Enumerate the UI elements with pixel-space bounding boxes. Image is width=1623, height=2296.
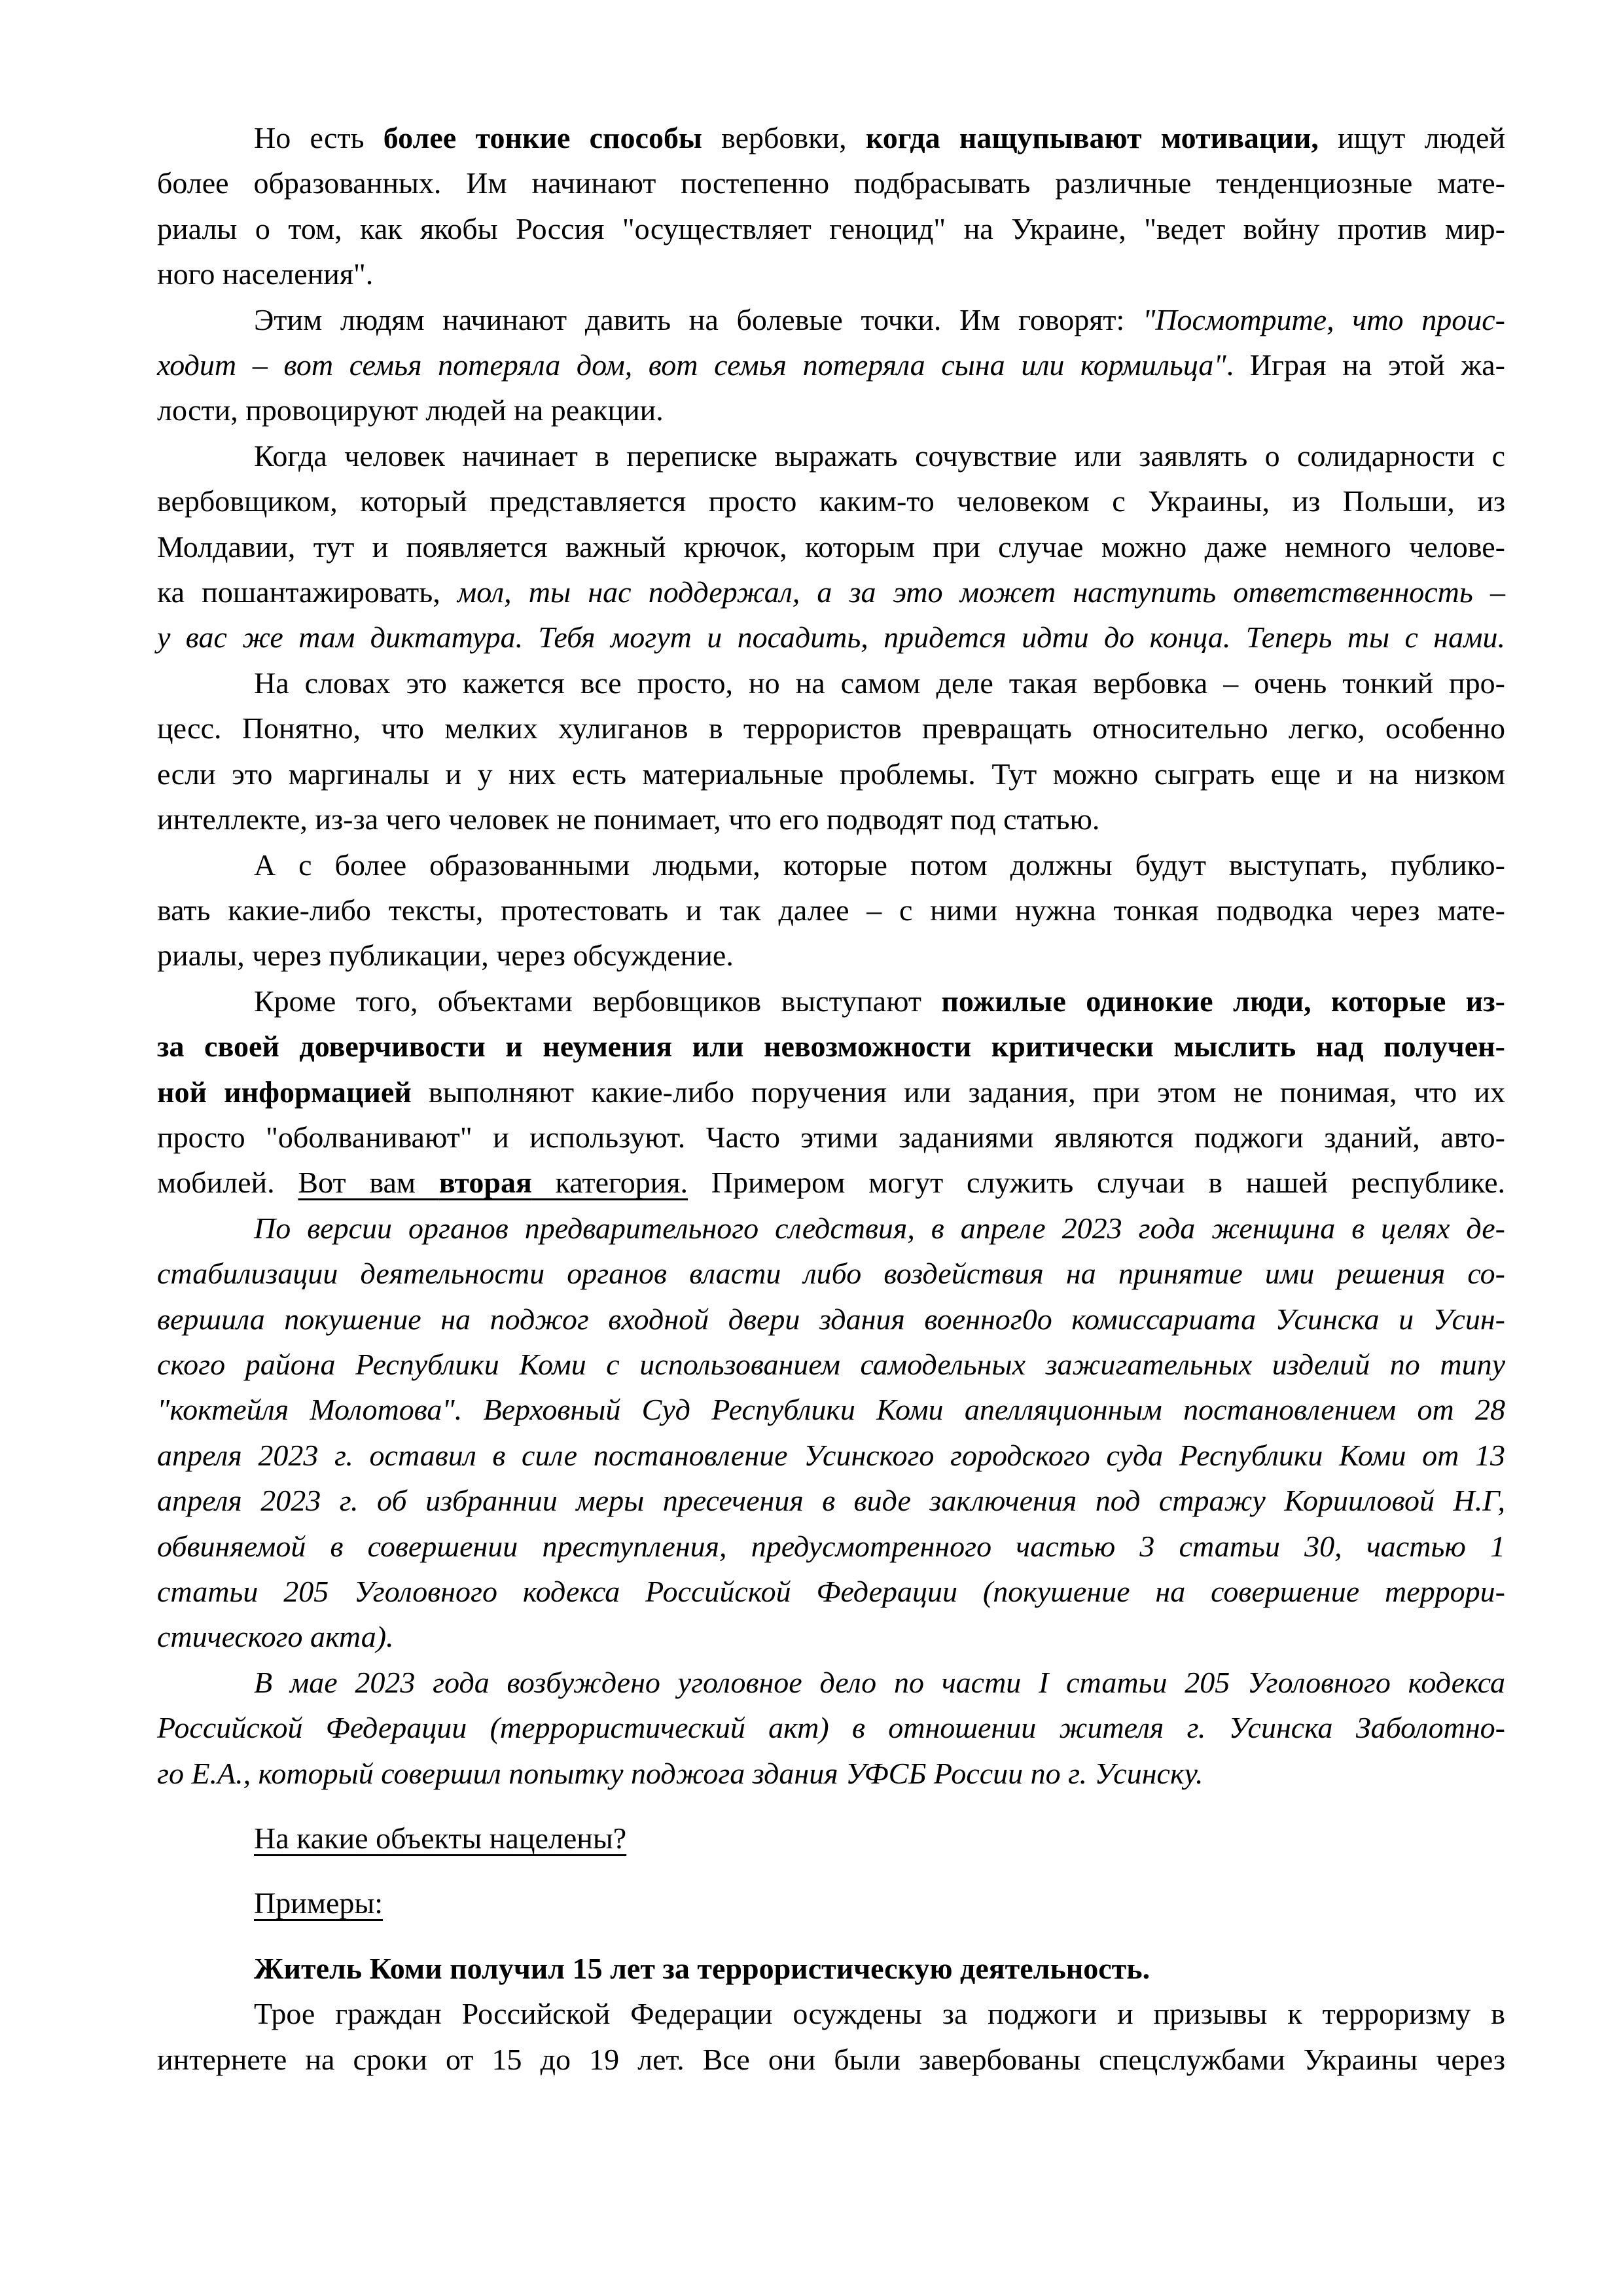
paragraph-pressure-points: Этим людям начинают давить на болевые то…	[157, 297, 1505, 433]
text-line: Российской Федерации (террористический а…	[157, 1705, 1505, 1750]
text-line: апреля 2023 г. оставил в силе постановле…	[157, 1433, 1505, 1478]
paragraph-educated-people: А с более образованными людьми, которые …	[157, 842, 1505, 978]
text-run: пожилые одинокие люди, которые из-	[941, 984, 1505, 1018]
text-line: стабилизации деятельности органов власти…	[157, 1251, 1505, 1296]
text-run: ского района Республики Коми с использов…	[157, 1348, 1505, 1381]
text-run: более тонкие способы	[383, 121, 702, 154]
text-run: ходит – вот семья потеряла дом, вот семь…	[157, 348, 1226, 382]
paragraph-hook: Когда человек начинает в переписке выраж…	[157, 433, 1505, 660]
text-line: вербовщиком, который представляется прос…	[157, 478, 1505, 524]
text-run: за своей доверчивости и неумения или нев…	[157, 1030, 1505, 1063]
text-run: го Е.А., который совершил попытку поджог…	[157, 1757, 1204, 1790]
text-run: Трое граждан Российской Федерации осужде…	[254, 1997, 1505, 2030]
text-line: Трое граждан Российской Федерации осужде…	[157, 1991, 1505, 2036]
text-run: мол, ты нас поддержал, а за это может на…	[457, 575, 1505, 609]
text-run: Но есть	[254, 121, 383, 154]
paragraph-recruitment-methods: Но есть более тонкие способы вербовки, к…	[157, 115, 1505, 297]
text-line: На словах это кажется все просто, но на …	[157, 660, 1505, 706]
text-line: Но есть более тонкие способы вербовки, к…	[157, 115, 1505, 160]
text-line: более образованных. Им начинают постепен…	[157, 160, 1505, 206]
text-line: риалы о том, как якобы Россия "осуществл…	[157, 206, 1505, 251]
text-line: Этим людям начинают давить на болевые то…	[157, 297, 1505, 342]
text-line: вершила покушение на поджог входной двер…	[157, 1297, 1505, 1342]
paragraph-recruitment-process: На словах это кажется все просто, но на …	[157, 660, 1505, 842]
text-run: Российской Федерации (террористический а…	[157, 1711, 1505, 1744]
text-run: Примером могут служить случаи в нашей ре…	[688, 1166, 1505, 1199]
text-run: просто "оболванивают" и используют. Част…	[157, 1121, 1505, 1154]
text-line: цесс. Понятно, что мелких хулиганов в те…	[157, 706, 1505, 751]
text-line: ного населения".	[157, 251, 1505, 296]
text-run: вать какие-либо тексты, протестовать и т…	[157, 893, 1505, 927]
text-line: Житель Коми получил 15 лет за террористи…	[157, 1946, 1505, 1991]
text-run: Когда человек начинает в переписке выраж…	[254, 439, 1505, 473]
text-run: ного населения".	[157, 257, 373, 291]
text-run: ка пошантажировать,	[157, 575, 457, 609]
text-run: если это маргиналы и у них есть материал…	[157, 757, 1505, 791]
text-run: вербовки,	[702, 121, 866, 154]
text-run: стабилизации деятельности органов власти…	[157, 1257, 1505, 1290]
text-line: за своей доверчивости и неумения или нев…	[157, 1024, 1505, 1069]
text-run: "коктейля Молотова". Верховный Суд Респу…	[157, 1393, 1505, 1426]
text-line: По версии органов предварительного следс…	[157, 1206, 1505, 1251]
paragraph-may-2023-case: В мае 2023 года возбуждено уголовное дел…	[157, 1660, 1505, 1796]
text-run: интеллекте, из-за чего человек не понима…	[157, 802, 1099, 836]
underlined-text-run: Примеры:	[254, 1886, 383, 1920]
text-line: го Е.А., который совершил попытку поджог…	[157, 1751, 1505, 1796]
text-run: Житель Коми получил 15 лет за террористи…	[254, 1952, 1150, 1985]
text-line: ходит – вот семья потеряла дом, вот семь…	[157, 342, 1505, 387]
underlined-text-run: вторая	[439, 1166, 532, 1199]
text-line: обвиняемой в совершении преступления, пр…	[157, 1524, 1505, 1569]
text-run: цесс. Понятно, что мелких хулиганов в те…	[157, 711, 1505, 745]
underlined-text-run: Вот вам	[298, 1166, 438, 1199]
text-line: В мае 2023 года возбуждено уголовное дел…	[157, 1660, 1505, 1705]
text-line: интернете на сроки от 15 до 19 лет. Все …	[157, 2037, 1505, 2082]
text-line: статьи 205 Уголовного кодекса Российской…	[157, 1569, 1505, 1614]
text-line: Молдавии, тут и появляется важный крючок…	[157, 524, 1505, 569]
text-run: По версии органов предварительного следс…	[254, 1211, 1505, 1245]
text-line: стического акта).	[157, 1614, 1505, 1659]
paragraph-usinsk-arson-case: По версии органов предварительного следс…	[157, 1206, 1505, 1660]
document-page: Но есть более тонкие способы вербовки, к…	[0, 0, 1623, 2296]
text-line: Когда человек начинает в переписке выраж…	[157, 433, 1505, 478]
heading-examples: Примеры:	[157, 1880, 1505, 1926]
text-line: если это маргиналы и у них есть материал…	[157, 751, 1505, 797]
text-run: лости, провоцируют людей на реакции.	[157, 393, 664, 427]
underlined-text-run: категория.	[532, 1166, 688, 1199]
document-content: Но есть более тонкие способы вербовки, к…	[157, 115, 1505, 2082]
text-line: просто "оболванивают" и используют. Част…	[157, 1115, 1505, 1160]
text-run: А с более образованными людьми, которые …	[254, 848, 1505, 882]
text-line: интеллекте, из-за чего человек не понима…	[157, 797, 1505, 842]
text-line: ной информацией выполняют какие-либо пор…	[157, 1069, 1505, 1115]
text-run: интернете на сроки от 15 до 19 лет. Все …	[157, 2043, 1505, 2076]
text-run: ной информацией	[157, 1075, 412, 1109]
text-line: мобилей. Вот вам вторая категория. Приме…	[157, 1160, 1505, 1205]
text-run: . Играя на этой жа-	[1226, 348, 1505, 382]
text-line: апреля 2023 г. об избраннии меры пресече…	[157, 1478, 1505, 1523]
text-run: На словах это кажется все просто, но на …	[254, 666, 1505, 700]
text-run: апреля 2023 г. об избраннии меры пресече…	[157, 1484, 1505, 1517]
text-run: вершила покушение на поджог входной двер…	[157, 1302, 1505, 1336]
text-run: "Посмотрите, что проис-	[1143, 303, 1505, 336]
text-line: лости, провоцируют людей на реакции.	[157, 387, 1505, 433]
text-line: Примеры:	[157, 1880, 1505, 1926]
text-line: А с более образованными людьми, которые …	[157, 842, 1505, 888]
heading-komi-resident-sentence: Житель Коми получил 15 лет за террористи…	[157, 1946, 1505, 1991]
paragraph-three-citizens: Трое граждан Российской Федерации осужде…	[157, 1991, 1505, 2082]
text-run: риалы о том, как якобы Россия "осуществл…	[157, 212, 1505, 245]
text-line: риалы, через публикации, через обсуждени…	[157, 933, 1505, 978]
paragraph-elderly-category: Кроме того, объектами вербовщиков выступ…	[157, 978, 1505, 1206]
text-run: обвиняемой в совершении преступления, пр…	[157, 1530, 1505, 1563]
text-run: когда нащупывают мотивации,	[866, 121, 1319, 154]
text-run: Молдавии, тут и появляется важный крючок…	[157, 530, 1505, 564]
text-line: "коктейля Молотова". Верховный Суд Респу…	[157, 1387, 1505, 1432]
text-run: мобилей.	[157, 1166, 298, 1199]
text-line: у вас же там диктатура. Тебя могут и пос…	[157, 615, 1505, 660]
text-run: В мае 2023 года возбуждено уголовное дел…	[254, 1666, 1505, 1699]
text-run: у вас же там диктатура. Тебя могут и пос…	[157, 620, 1505, 654]
text-run: более образованных. Им начинают постепен…	[157, 166, 1505, 200]
text-line: ского района Республики Коми с использов…	[157, 1342, 1505, 1387]
text-run: апреля 2023 г. оставил в силе постановле…	[157, 1439, 1505, 1472]
text-line: На какие объекты нацелены?	[157, 1816, 1505, 1861]
underlined-text-run: На какие объекты нацелены?	[254, 1821, 626, 1855]
text-run: выполняют какие-либо поручения или задан…	[412, 1075, 1505, 1109]
text-run: риалы, через публикации, через обсуждени…	[157, 939, 734, 972]
text-run: статьи 205 Уголовного кодекса Российской…	[157, 1575, 1505, 1608]
text-line: ка пошантажировать, мол, ты нас поддержа…	[157, 569, 1505, 615]
text-line: вать какие-либо тексты, протестовать и т…	[157, 888, 1505, 933]
text-run: стического акта).	[157, 1620, 394, 1653]
heading-targets: На какие объекты нацелены?	[157, 1816, 1505, 1861]
text-run: Этим людям начинают давить на болевые то…	[254, 303, 1143, 336]
text-run: Кроме того, объектами вербовщиков выступ…	[254, 984, 941, 1018]
text-run: вербовщиком, который представляется прос…	[157, 484, 1505, 518]
text-line: Кроме того, объектами вербовщиков выступ…	[157, 978, 1505, 1024]
text-run: ищут людей	[1319, 121, 1505, 154]
